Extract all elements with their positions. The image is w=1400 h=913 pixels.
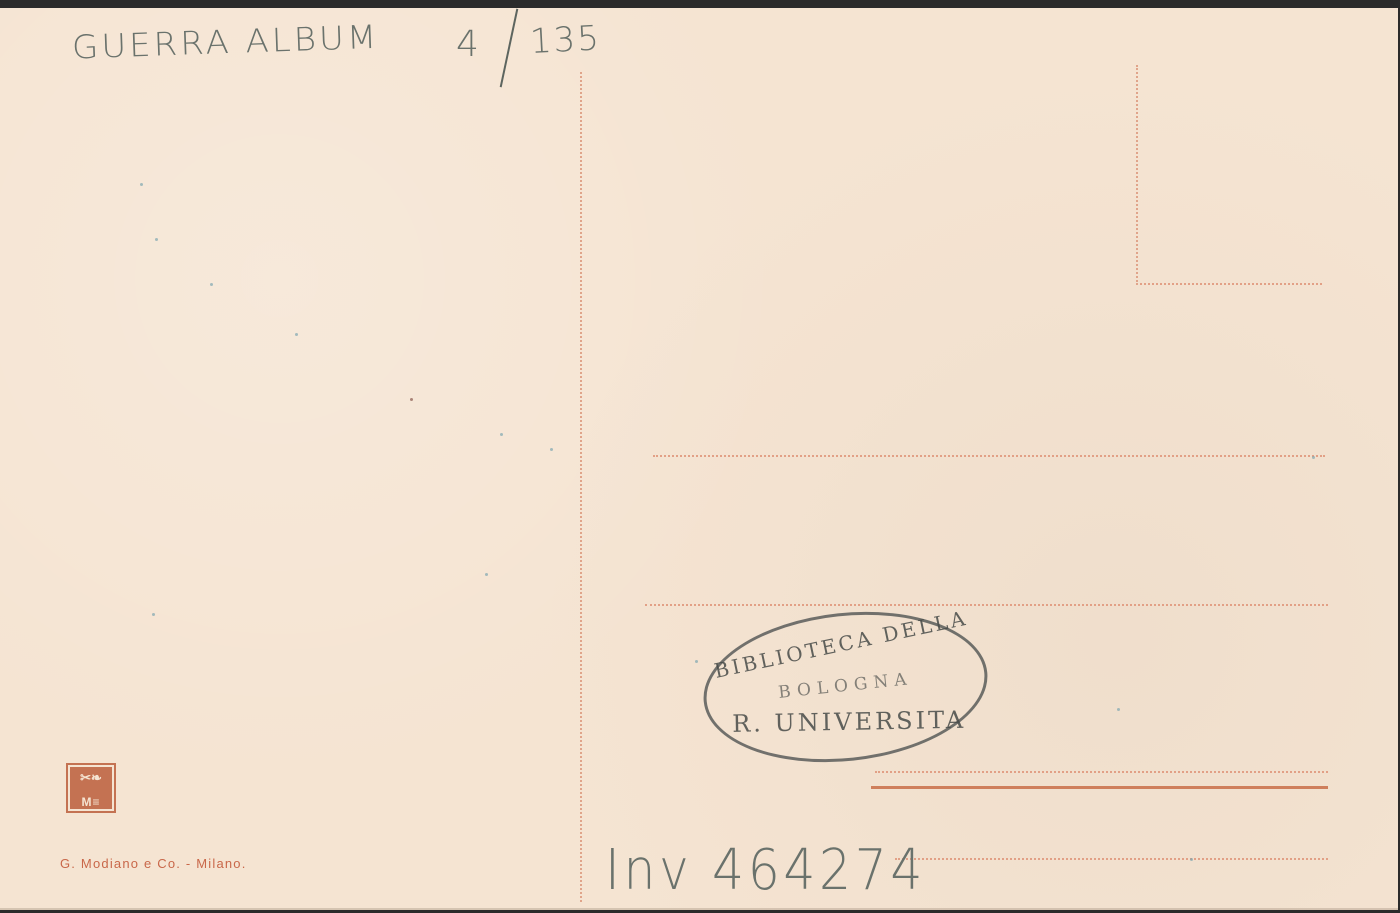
paper-speck xyxy=(1190,858,1193,861)
paper-speck xyxy=(152,613,155,616)
paper-speck xyxy=(210,283,213,286)
paper-speck xyxy=(410,398,413,401)
paper-speck xyxy=(500,433,503,436)
publisher-imprint: G. Modiano e Co. - Milano. xyxy=(60,856,247,871)
paper-speck xyxy=(1117,708,1120,711)
stamp-box-left-edge xyxy=(1136,65,1138,285)
stamp-line-3: R. UNIVERSITA xyxy=(709,705,988,738)
paper-speck xyxy=(1312,456,1315,459)
paper-speck xyxy=(550,448,553,451)
handwritten-volume: 4 xyxy=(456,24,481,65)
logo-emblem-icon: ✂❧ xyxy=(80,767,102,789)
postcard-back: GUERRA ALBUM 4 135 ✂❧ M≡ G. Modiano e Co… xyxy=(0,8,1398,910)
address-solid-line xyxy=(871,786,1328,789)
address-line-2 xyxy=(645,604,1328,606)
stamp-box-bottom-edge xyxy=(1140,283,1322,285)
library-stamp: BIBLIOTECA DELLA BOLOGNA R. UNIVERSITA xyxy=(696,599,995,776)
address-line-3 xyxy=(875,771,1328,773)
center-divider xyxy=(580,72,582,902)
address-line-4 xyxy=(895,858,1328,860)
paper-speck xyxy=(295,333,298,336)
inventory-number: Inv 464274 xyxy=(605,838,926,903)
paper-speck xyxy=(695,660,698,663)
publisher-logo: ✂❧ M≡ xyxy=(66,763,116,813)
logo-monogram: M≡ xyxy=(82,795,101,809)
handwritten-count: 135 xyxy=(529,18,602,62)
paper-speck xyxy=(155,238,158,241)
address-line-1 xyxy=(653,455,1325,457)
handwritten-slash xyxy=(500,9,519,88)
paper-speck xyxy=(140,183,143,186)
paper-speck xyxy=(485,573,488,576)
handwritten-title: GUERRA ALBUM xyxy=(71,18,379,67)
